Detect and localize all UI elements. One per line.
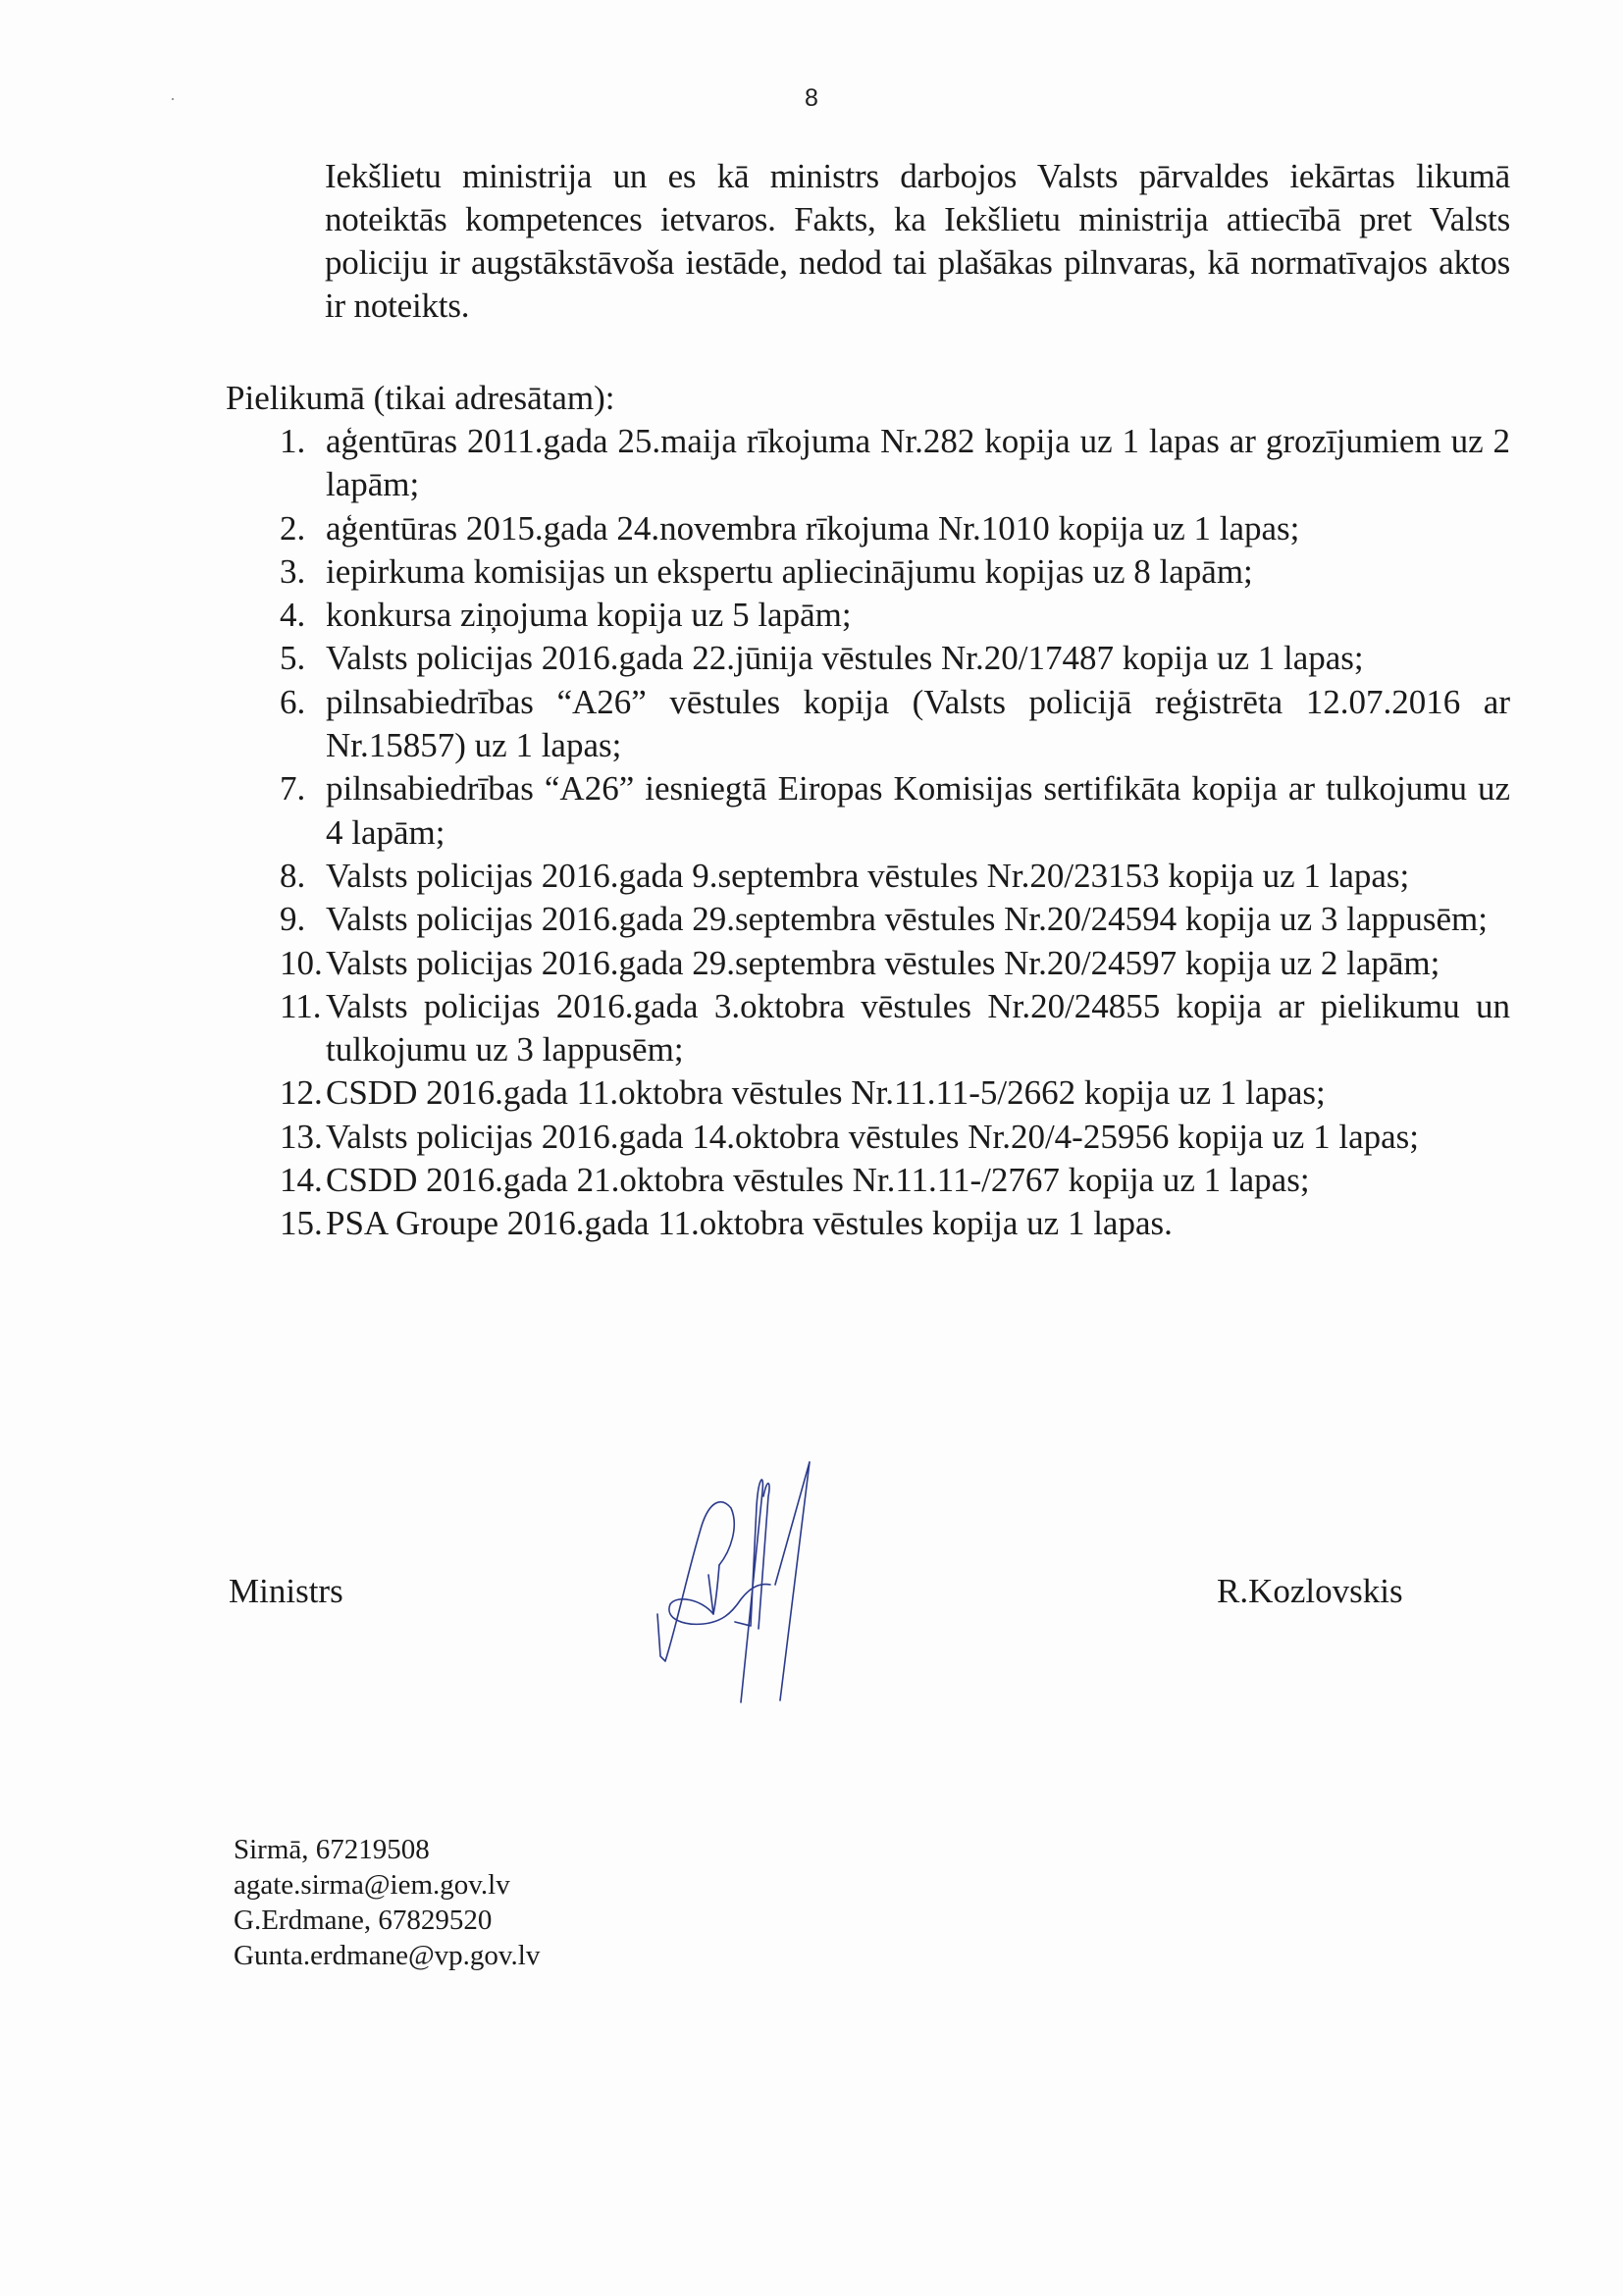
item-number: 15. <box>280 1202 326 1245</box>
item-text: iepirkuma komisijas un ekspertu apliecin… <box>326 550 1510 594</box>
list-item: 8.Valsts policijas 2016.gada 9.septembra… <box>280 855 1510 898</box>
contact-email: agate.sirma@iem.gov.lv <box>234 1867 540 1903</box>
item-number: 12. <box>280 1071 326 1115</box>
item-text: Valsts policijas 2016.gada 3.oktobra vēs… <box>326 985 1510 1072</box>
item-number: 7. <box>280 767 326 855</box>
item-number: 14. <box>280 1159 326 1202</box>
body-paragraph: Iekšlietu ministrija un es kā ministrs d… <box>325 155 1510 328</box>
contact-email: Gunta.erdmane@vp.gov.lv <box>234 1938 540 1973</box>
item-number: 13. <box>280 1116 326 1159</box>
signatory-title: Ministrs <box>229 1570 343 1613</box>
list-item: 7.pilnsabiedrības “A26” iesniegtā Eiropa… <box>280 767 1510 855</box>
item-number: 9. <box>280 898 326 941</box>
contact-line: Sirmā, 67219508 <box>234 1832 540 1867</box>
list-item: 13.Valsts policijas 2016.gada 14.oktobra… <box>280 1116 1510 1159</box>
item-text: Valsts policijas 2016.gada 9.septembra v… <box>326 855 1510 898</box>
item-text: CSDD 2016.gada 21.oktobra vēstules Nr.11… <box>326 1159 1510 1202</box>
list-item: 9.Valsts policijas 2016.gada 29.septembr… <box>280 898 1510 941</box>
list-item: 14.CSDD 2016.gada 21.oktobra vēstules Nr… <box>280 1159 1510 1202</box>
item-number: 11. <box>280 985 326 1072</box>
page-number: 8 <box>0 84 1623 113</box>
list-item: 3.iepirkuma komisijas un ekspertu apliec… <box>280 550 1510 594</box>
list-item: 11.Valsts policijas 2016.gada 3.oktobra … <box>280 985 1510 1072</box>
item-text: PSA Groupe 2016.gada 11.oktobra vēstules… <box>326 1202 1510 1245</box>
list-item: 5.Valsts policijas 2016.gada 22.jūnija v… <box>280 637 1510 680</box>
list-item: 12.CSDD 2016.gada 11.oktobra vēstules Nr… <box>280 1071 1510 1115</box>
item-text: Valsts policijas 2016.gada 29.septembra … <box>326 942 1510 985</box>
list-item: 1.aģentūras 2011.gada 25.maija rīkojuma … <box>280 420 1510 507</box>
item-number: 4. <box>280 594 326 637</box>
item-text: konkursa ziņojuma kopija uz 5 lapām; <box>326 594 1510 637</box>
list-item: 10.Valsts policijas 2016.gada 29.septemb… <box>280 942 1510 985</box>
list-item: 15.PSA Groupe 2016.gada 11.oktobra vēstu… <box>280 1202 1510 1245</box>
item-number: 1. <box>280 420 326 507</box>
item-text: Valsts policijas 2016.gada 22.jūnija vēs… <box>326 637 1510 680</box>
item-text: pilnsabiedrības “A26” iesniegtā Eiropas … <box>326 767 1510 855</box>
contact-info: Sirmā, 67219508 agate.sirma@iem.gov.lv G… <box>234 1832 540 1973</box>
item-number: 5. <box>280 637 326 680</box>
attachments-list: 1.aģentūras 2011.gada 25.maija rīkojuma … <box>280 420 1510 1246</box>
item-text: CSDD 2016.gada 11.oktobra vēstules Nr.11… <box>326 1071 1510 1115</box>
list-item: 6.pilnsabiedrības “A26” vēstules kopija … <box>280 681 1510 768</box>
item-number: 2. <box>280 507 326 550</box>
item-text: pilnsabiedrības “A26” vēstules kopija (V… <box>326 681 1510 768</box>
list-item: 4.konkursa ziņojuma kopija uz 5 lapām; <box>280 594 1510 637</box>
signatory-name: R.Kozlovskis <box>1217 1570 1403 1613</box>
item-number: 6. <box>280 681 326 768</box>
list-item: 2.aģentūras 2015.gada 24.novembra rīkoju… <box>280 507 1510 550</box>
item-number: 10. <box>280 942 326 985</box>
attachments-heading: Pielikumā (tikai adresātam): <box>226 377 615 420</box>
item-number: 3. <box>280 550 326 594</box>
item-text: Valsts policijas 2016.gada 14.oktobra vē… <box>326 1116 1510 1159</box>
item-text: aģentūras 2015.gada 24.novembra rīkojuma… <box>326 507 1510 550</box>
item-number: 8. <box>280 855 326 898</box>
item-text: aģentūras 2011.gada 25.maija rīkojuma Nr… <box>326 420 1510 507</box>
contact-line: G.Erdmane, 67829520 <box>234 1903 540 1938</box>
handwritten-signature <box>633 1457 927 1751</box>
item-text: Valsts policijas 2016.gada 29.septembra … <box>326 898 1510 941</box>
